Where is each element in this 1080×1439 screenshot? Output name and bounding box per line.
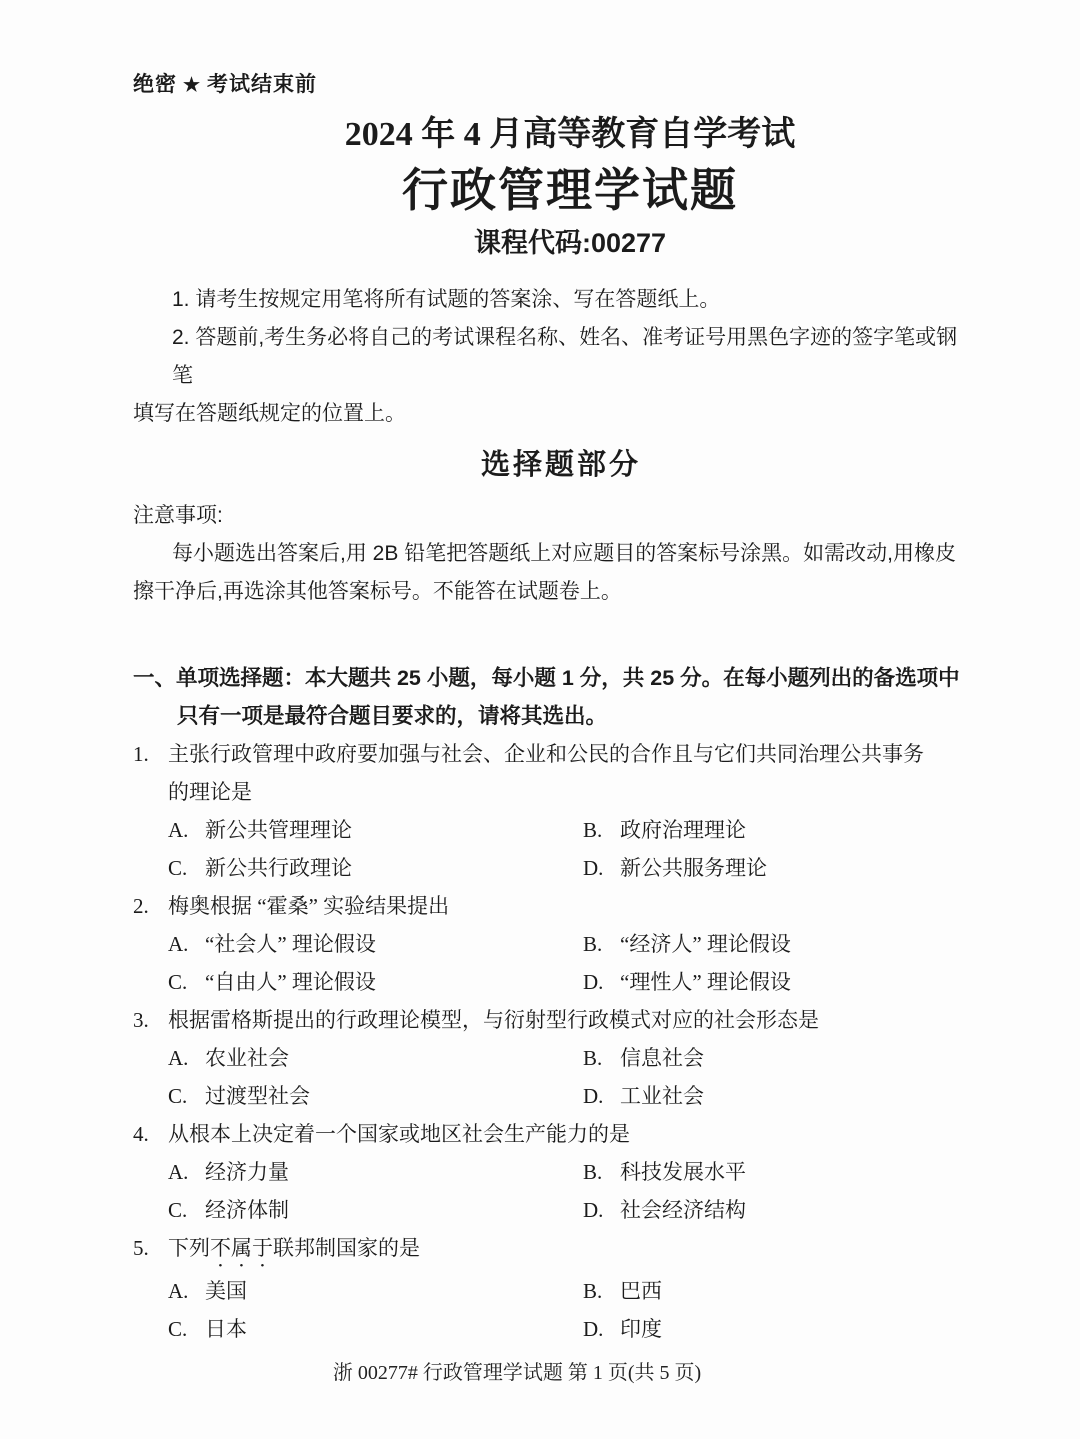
- question-1-options: A.新公共管理理论 B.政府治理理论 C.新公共行政理论 D.新公共服务理论: [168, 811, 967, 887]
- mcq-section-heading: 一、单项选择题：本大题共 25 小题，每小题 1 分，共 25 分。在每小题列出…: [133, 659, 967, 735]
- question-2-text-line-1: 2.梅奥根据 “霍桑” 实验结果提出: [133, 887, 967, 925]
- option-b: B.信息社会: [583, 1039, 967, 1077]
- option-b: B.巴西: [583, 1272, 967, 1310]
- exam-paper-page: 绝密★考试结束前 2024 年 4 月高等教育自学考试 行政管理学试题 课程代码…: [0, 0, 1080, 1439]
- title-group: 2024 年 4 月高等教育自学考试 行政管理学试题 课程代码:00277: [153, 111, 987, 265]
- mcq-heading-line-2: 只有一项是最符合题目要求的，请将其选出。: [133, 697, 967, 735]
- option-c: C.日本: [168, 1310, 583, 1348]
- mcq-heading-line-1: 一、单项选择题：本大题共 25 小题，每小题 1 分，共 25 分。在每小题列出…: [133, 659, 967, 697]
- option-c-label: C.: [168, 1310, 205, 1348]
- security-header: 绝密★考试结束前: [133, 70, 967, 101]
- course-code: 课程代码:00277: [153, 221, 987, 265]
- page-footer: 浙 00277# 行政管理学试题 第 1 页(共 5 页): [100, 1354, 934, 1392]
- question-2-options: A.“社会人” 理论假设 B.“经济人” 理论假设 C.“自由人” 理论假设 D…: [168, 925, 967, 1001]
- option-a: A.农业社会: [168, 1039, 583, 1077]
- option-b: B.政府治理理论: [583, 811, 967, 849]
- question-5-text-suffix: 联邦制国家的是: [273, 1236, 420, 1260]
- option-a-text: “社会人” 理论假设: [205, 932, 376, 956]
- option-c-label: C.: [168, 963, 205, 1001]
- question-1-number: 1.: [133, 735, 168, 773]
- option-b-label: B.: [583, 925, 620, 963]
- option-c-text: 经济体制: [205, 1198, 289, 1222]
- question-3-options: A.农业社会 B.信息社会 C.过渡型社会 D.工业社会: [168, 1039, 967, 1115]
- option-a: A.美国: [168, 1272, 583, 1310]
- option-b-text: 科技发展水平: [620, 1160, 746, 1184]
- question-5-text-emphasized: 不属于: [210, 1236, 273, 1260]
- option-c: C.新公共行政理论: [168, 849, 583, 887]
- option-c-text: 日本: [205, 1317, 247, 1341]
- section-header: 选择题部分: [144, 443, 978, 487]
- option-c: C.经济体制: [168, 1191, 583, 1229]
- question-2: 2.梅奥根据 “霍桑” 实验结果提出 A.“社会人” 理论假设 B.“经济人” …: [133, 887, 967, 1001]
- option-d: D.社会经济结构: [583, 1191, 967, 1229]
- notice-label: 注意事项:: [133, 497, 967, 535]
- option-a-text: 美国: [205, 1279, 247, 1303]
- question-5-options: A.美国 B.巴西 C.日本 D.印度: [168, 1272, 967, 1348]
- question-1-text: 主张行政管理中政府要加强与社会、企业和公民的合作且与它们共同治理公共事务: [168, 742, 924, 766]
- notice-line-1: 每小题选出答案后,用 2B 铅笔把答题纸上对应题目的答案标号涂黑。如需改动,用橡…: [133, 535, 967, 573]
- question-3: 3.根据雷格斯提出的行政理论模型，与衍射型行政模式对应的社会形态是 A.农业社会…: [133, 1001, 967, 1115]
- question-3-number: 3.: [133, 1001, 168, 1039]
- question-5-number: 5.: [133, 1229, 168, 1267]
- option-a-label: A.: [168, 1039, 205, 1077]
- option-d: D.“理性人” 理论假设: [583, 963, 967, 1001]
- exam-session-title: 2024 年 4 月高等教育自学考试: [153, 111, 987, 159]
- question-1-text-line-2: 的理论是: [133, 773, 967, 811]
- option-c-text: 过渡型社会: [205, 1084, 310, 1108]
- option-b-label: B.: [583, 1153, 620, 1191]
- option-a-text: 农业社会: [205, 1046, 289, 1070]
- option-d-label: D.: [583, 849, 620, 887]
- question-4-options: A.经济力量 B.科技发展水平 C.经济体制 D.社会经济结构: [168, 1153, 967, 1229]
- option-d-text: 社会经济结构: [620, 1198, 746, 1222]
- timing-label: 考试结束前: [207, 73, 317, 96]
- option-d: D.印度: [583, 1310, 967, 1348]
- option-b-text: 信息社会: [620, 1046, 704, 1070]
- option-c-label: C.: [168, 849, 205, 887]
- option-b-text: “经济人” 理论假设: [620, 932, 791, 956]
- option-a: A.新公共管理理论: [168, 811, 583, 849]
- option-c: C.“自由人” 理论假设: [168, 963, 583, 1001]
- option-b-label: B.: [583, 1272, 620, 1310]
- option-d-label: D.: [583, 1310, 620, 1348]
- option-d-text: 印度: [620, 1317, 662, 1341]
- option-a: A.经济力量: [168, 1153, 583, 1191]
- option-b-text: 巴西: [620, 1279, 662, 1303]
- option-a: A.“社会人” 理论假设: [168, 925, 583, 963]
- option-d-text: 工业社会: [620, 1084, 704, 1108]
- exam-subject-title: 行政管理学试题: [153, 159, 987, 221]
- question-4-text: 从根本上决定着一个国家或地区社会生产能力的是: [168, 1122, 630, 1146]
- option-a-text: 新公共管理理论: [205, 818, 352, 842]
- question-4: 4.从根本上决定着一个国家或地区社会生产能力的是 A.经济力量 B.科技发展水平…: [133, 1115, 967, 1229]
- question-3-text: 根据雷格斯提出的行政理论模型，与衍射型行政模式对应的社会形态是: [168, 1008, 819, 1032]
- notice-paragraph: 每小题选出答案后,用 2B 铅笔把答题纸上对应题目的答案标号涂黑。如需改动,用橡…: [133, 535, 967, 611]
- question-5-text-prefix: 下列: [168, 1236, 210, 1260]
- option-a-label: A.: [168, 1272, 205, 1310]
- option-d-text: 新公共服务理论: [620, 856, 767, 880]
- option-a-text: 经济力量: [205, 1160, 289, 1184]
- option-b: B.“经济人” 理论假设: [583, 925, 967, 963]
- option-d-label: D.: [583, 1191, 620, 1229]
- security-label: 绝密: [133, 73, 177, 96]
- option-d-label: D.: [583, 963, 620, 1001]
- option-b-label: B.: [583, 811, 620, 849]
- option-c-label: C.: [168, 1077, 205, 1115]
- general-instructions: 1. 请考生按规定用笔将所有试题的答案涂、写在答题纸上。 2. 答题前,考生务必…: [133, 281, 967, 433]
- question-1-text-line-1: 1.主张行政管理中政府要加强与社会、企业和公民的合作且与它们共同治理公共事务: [133, 735, 967, 773]
- question-4-number: 4.: [133, 1115, 168, 1153]
- option-a-label: A.: [168, 925, 205, 963]
- question-2-text: 梅奥根据 “霍桑” 实验结果提出: [168, 894, 449, 918]
- instruction-item-1: 1. 请考生按规定用笔将所有试题的答案涂、写在答题纸上。: [133, 281, 967, 319]
- option-d: D.新公共服务理论: [583, 849, 967, 887]
- option-c: C.过渡型社会: [168, 1077, 583, 1115]
- question-3-text-line-1: 3.根据雷格斯提出的行政理论模型，与衍射型行政模式对应的社会形态是: [133, 1001, 967, 1039]
- question-5: 5.下列不属于联邦制国家的是 A.美国 B.巴西 C.日本 D.印度: [133, 1229, 967, 1348]
- question-2-number: 2.: [133, 887, 168, 925]
- option-d-text: “理性人” 理论假设: [620, 970, 791, 994]
- question-1: 1.主张行政管理中政府要加强与社会、企业和公民的合作且与它们共同治理公共事务 的…: [133, 735, 967, 887]
- question-5-text-line-1: 5.下列不属于联邦制国家的是: [133, 1229, 967, 1272]
- option-b-text: 政府治理理论: [620, 818, 746, 842]
- instruction-item-2-line-2: 填写在答题纸规定的位置上。: [133, 395, 967, 433]
- instruction-item-2-line-1: 2. 答题前,考生务必将自己的考试课程名称、姓名、准考证号用黑色字迹的签字笔或钢…: [133, 319, 967, 395]
- option-b-label: B.: [583, 1039, 620, 1077]
- option-d-label: D.: [583, 1077, 620, 1115]
- notice-line-2: 擦干净后,再选涂其他答案标号。不能答在试题卷上。: [133, 573, 967, 611]
- option-c-text: “自由人” 理论假设: [205, 970, 376, 994]
- question-4-text-line-1: 4.从根本上决定着一个国家或地区社会生产能力的是: [133, 1115, 967, 1153]
- option-d: D.工业社会: [583, 1077, 967, 1115]
- option-c-label: C.: [168, 1191, 205, 1229]
- star-icon: ★: [177, 75, 207, 96]
- option-a-label: A.: [168, 811, 205, 849]
- option-a-label: A.: [168, 1153, 205, 1191]
- option-c-text: 新公共行政理论: [205, 856, 352, 880]
- option-b: B.科技发展水平: [583, 1153, 967, 1191]
